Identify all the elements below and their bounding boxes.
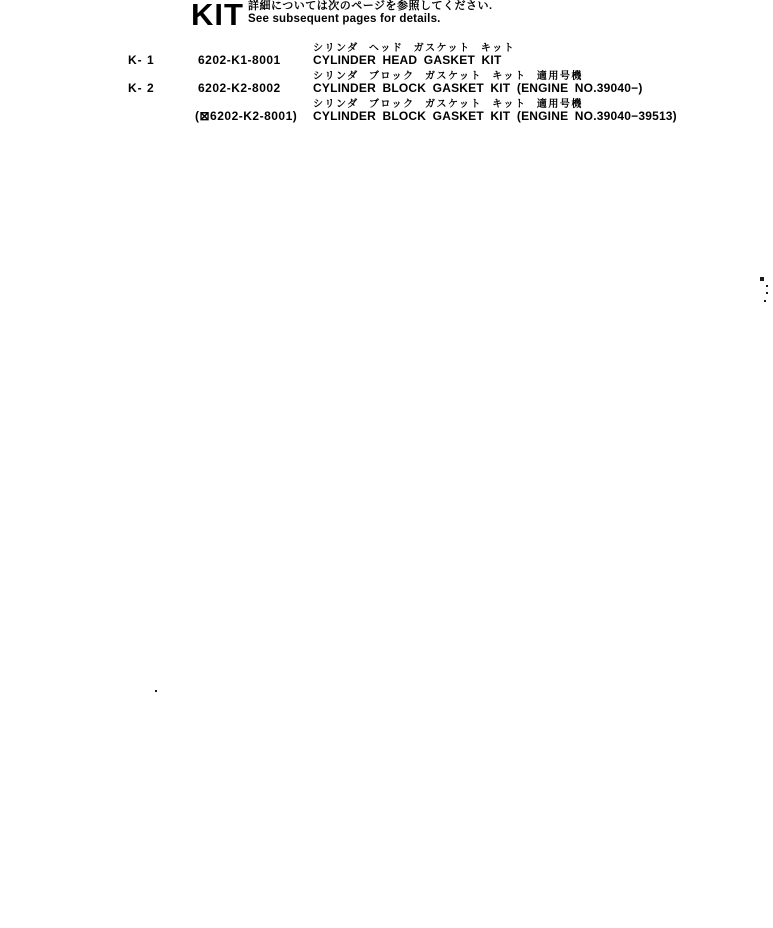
kit-row-1-description-jp: シリンダ ヘッド ガスケット キット <box>313 39 515 54</box>
kit-row-2-description-jp: シリンダ ブロック ガスケット キット 適用号機 <box>313 67 583 82</box>
scan-artifact-dot <box>155 690 157 692</box>
kit-row-3-description-en: CYLINDER BLOCK GASKET KIT (ENGINE NO.390… <box>313 109 677 123</box>
kit-row-2-part-number: 6202-K2-8002 <box>198 81 281 95</box>
header-note-english: See subsequent pages for details. <box>248 13 493 26</box>
kit-row-1: K- 1 6202-K1-8001 CYLINDER HEAD GASKET K… <box>0 53 773 67</box>
scan-artifact-dot <box>764 300 766 302</box>
kit-row-2-ref: K- 2 <box>128 81 155 95</box>
kit-row-1-jp-line: シリンダ ヘッド ガスケット キット <box>0 39 773 53</box>
kit-row-2-description-en: CYLINDER BLOCK GASKET KIT (ENGINE NO.390… <box>313 81 643 95</box>
header-note-japanese: 詳細については次のページを参照してください. <box>248 0 493 13</box>
page-title: KIT <box>191 0 244 30</box>
header-note: 詳細については次のページを参照してください. See subsequent pa… <box>248 0 493 26</box>
kit-row-1-ref: K- 1 <box>128 53 155 67</box>
kit-row-2-jp-line: シリンダ ブロック ガスケット キット 適用号機 <box>0 67 773 81</box>
kit-row-3: (⊠6202-K2-8001) CYLINDER BLOCK GASKET KI… <box>0 109 773 123</box>
scan-artifact-dot <box>766 285 768 287</box>
parts-catalog-page: KIT 詳細については次のページを参照してください. See subsequen… <box>0 0 773 928</box>
kit-row-3-jp-line: シリンダ ブロック ガスケット キット 適用号機 <box>0 95 773 109</box>
kit-row-1-description-en: CYLINDER HEAD GASKET KIT <box>313 53 501 67</box>
scan-artifact-speck <box>760 277 764 281</box>
scan-artifact-dot <box>766 292 768 294</box>
kit-row-3-description-jp: シリンダ ブロック ガスケット キット 適用号機 <box>313 95 583 110</box>
kit-row-1-part-number: 6202-K1-8001 <box>198 53 281 67</box>
kit-row-3-part-number: (⊠6202-K2-8001) <box>195 109 297 123</box>
kit-row-2: K- 2 6202-K2-8002 CYLINDER BLOCK GASKET … <box>0 81 773 95</box>
